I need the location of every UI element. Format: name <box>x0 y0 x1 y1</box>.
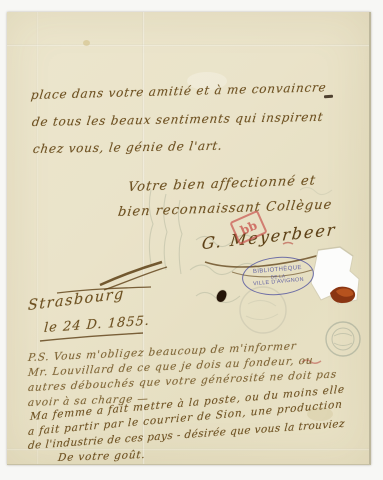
library-stamp-line3: VILLE D'AVIGNON <box>253 276 304 287</box>
scanned-letter-page: place dans votre amitié et à me convainc… <box>0 0 383 480</box>
red-postal-stamp-text: bb <box>238 218 259 238</box>
postmark-circle <box>326 322 360 356</box>
